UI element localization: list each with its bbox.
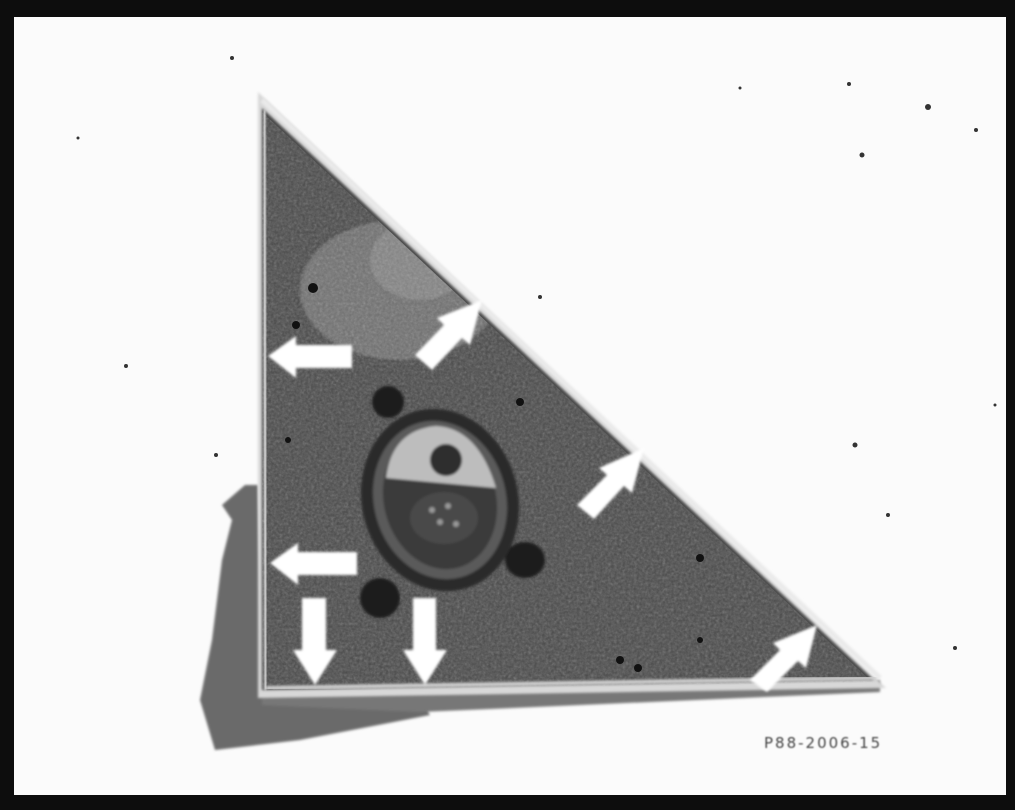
triangular-specimen [258, 92, 886, 700]
specimen-drawing [0, 0, 1015, 810]
specimen-label: P88-2006-15 [764, 734, 882, 752]
micrograph-photo: P88-2006-15 [0, 0, 1015, 810]
